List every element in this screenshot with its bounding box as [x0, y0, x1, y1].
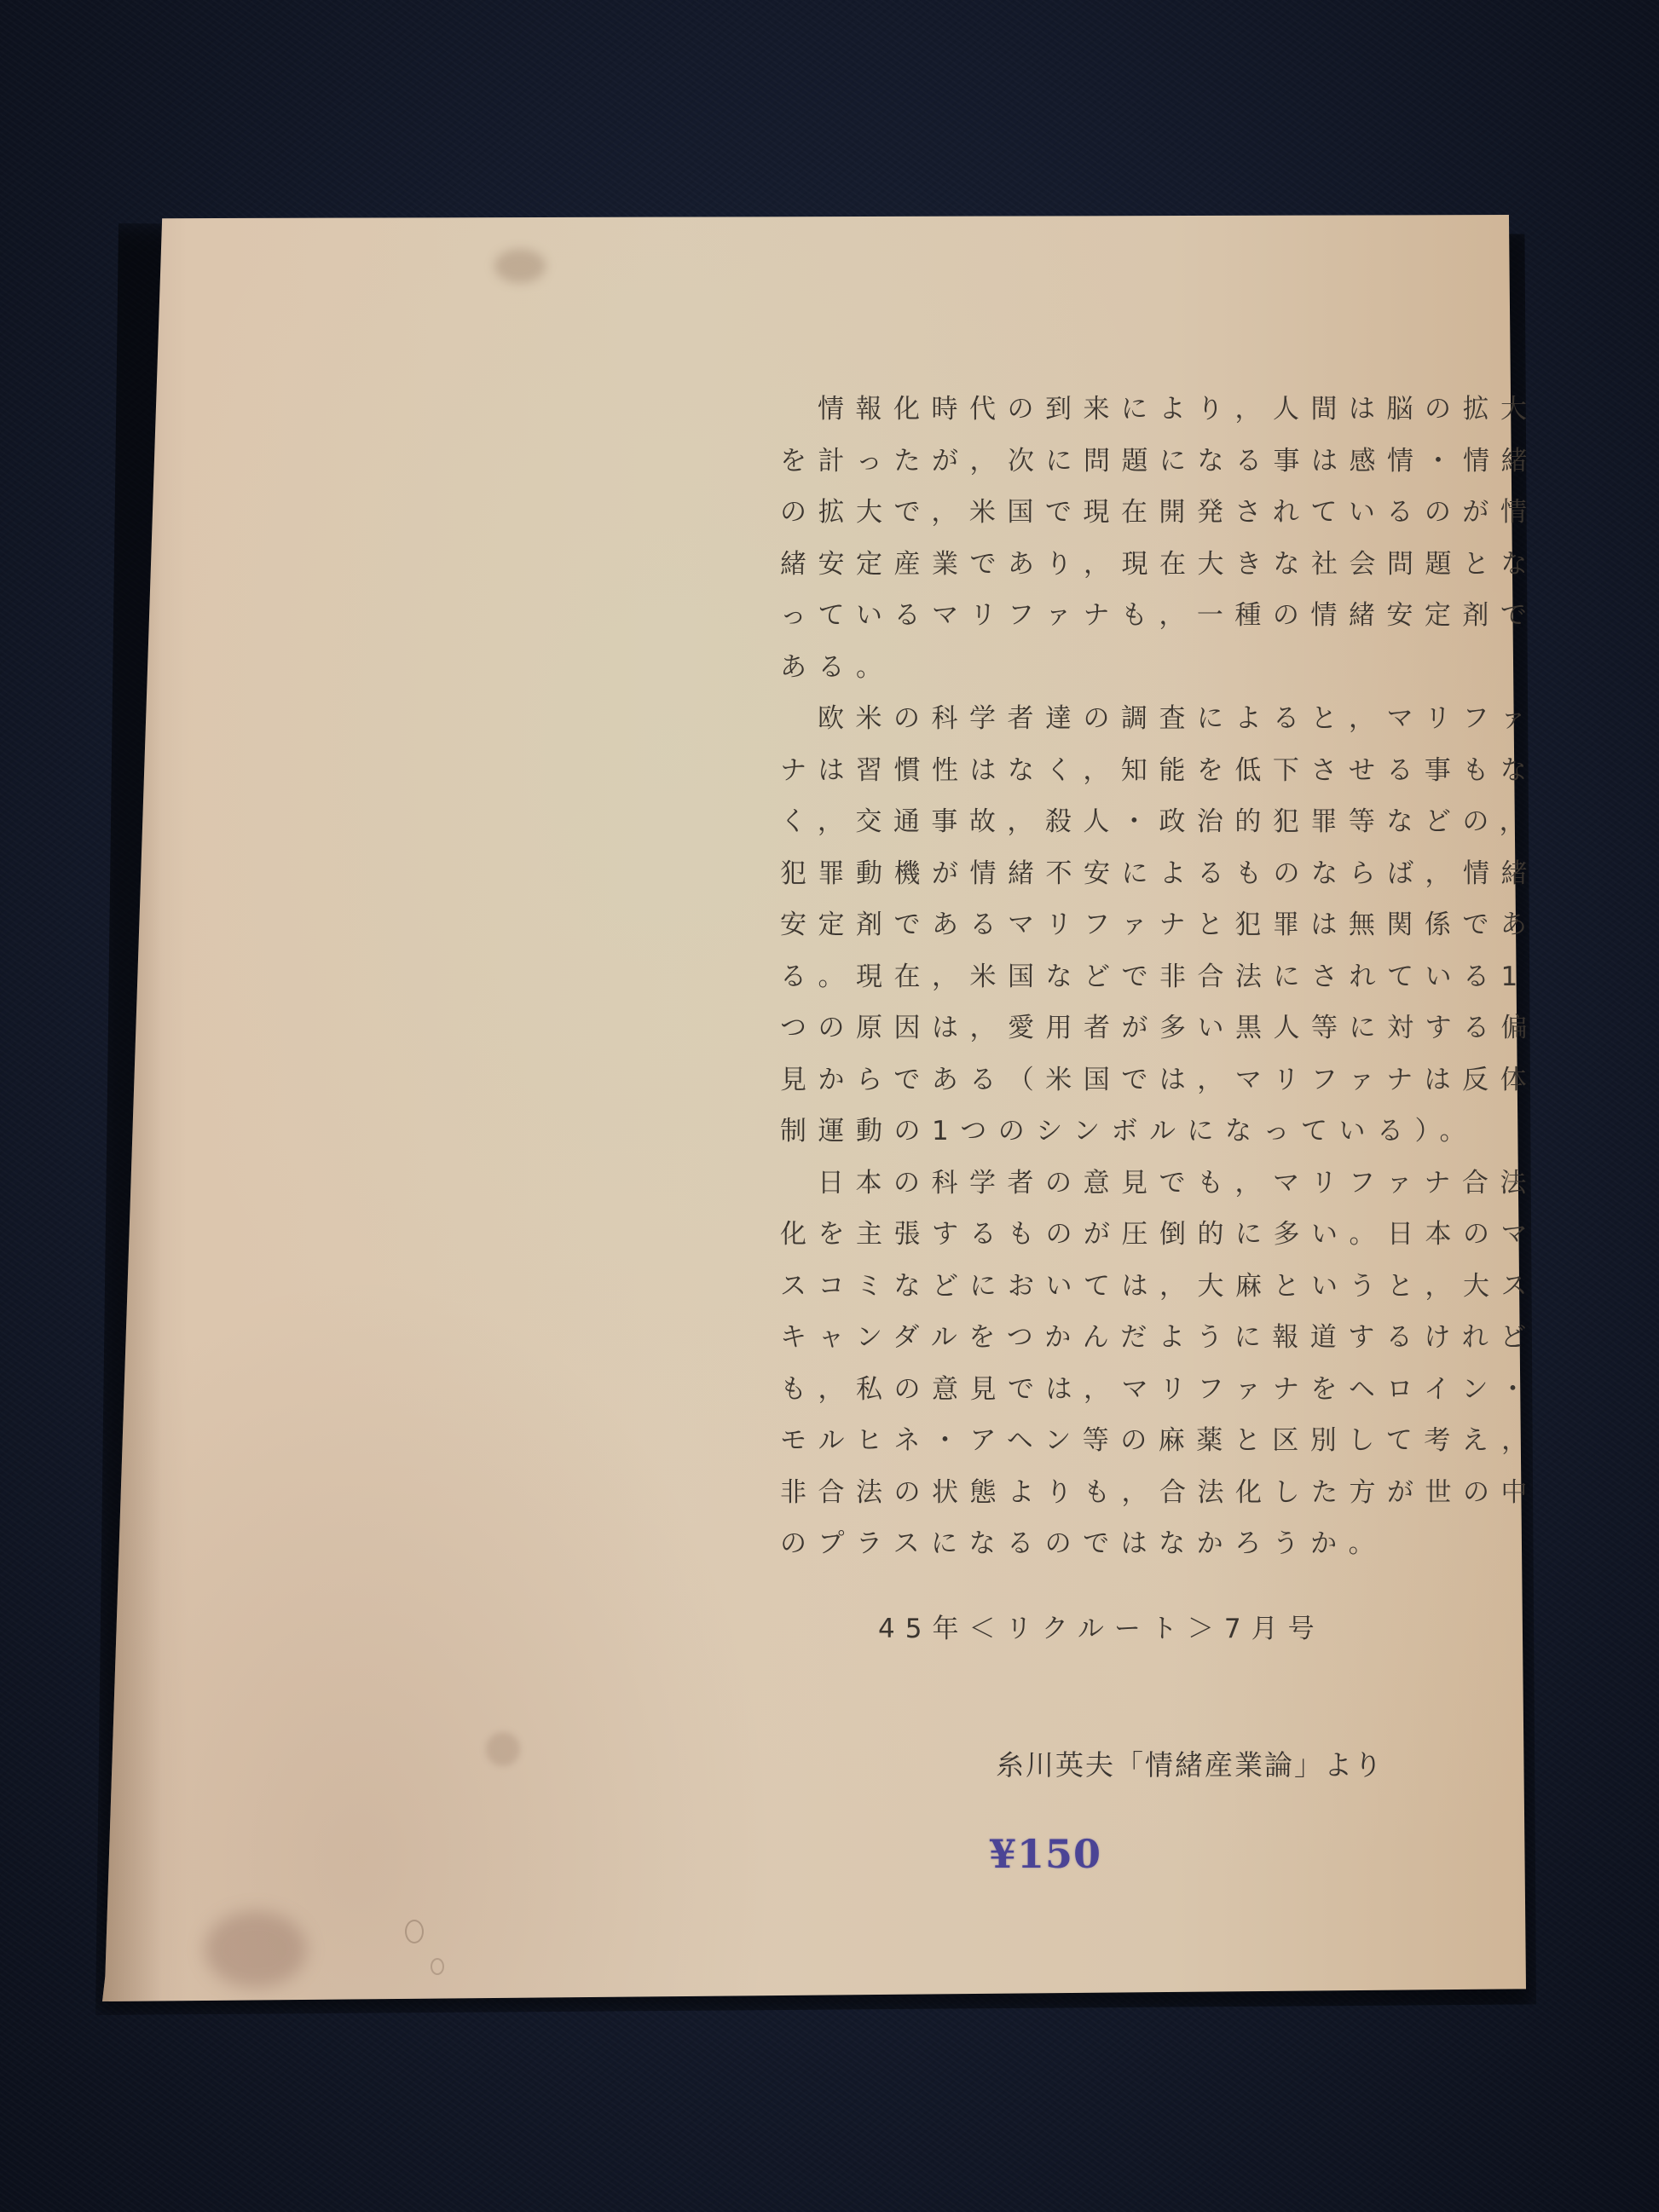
text-line: 見からである（米国では，マリファナは反体 [780, 1054, 1436, 1106]
text-line: モルヒネ・アヘン等の麻薬と区別して考え， [780, 1415, 1436, 1467]
price-stamp: ¥150 [989, 1831, 1101, 1877]
essay-body: 情報化時代の到来により，人間は脳の拡大 を計ったが，次に問題になる事は感情・情緒… [780, 384, 1436, 1570]
text-line: スコミなどにおいては，大麻というと，大ス [780, 1261, 1436, 1313]
text-line: っているマリファナも，一種の情緒安定剤で [780, 590, 1436, 642]
paragraph-3: 日本の科学者の意見でも，マリファナ合法 化を主張するものが圧倒的に多い。日本のマ… [780, 1158, 1436, 1570]
text-line: く，交通事故，殺人・政治的犯罪等などの， [780, 796, 1436, 848]
text-line: 欧米の科学者達の調査によると，マリファ [780, 693, 1436, 745]
ring-stain-1 [405, 1920, 424, 1943]
text-line: も，私の意見では，マリファナをヘロイン・ [780, 1364, 1436, 1416]
text-line: 情報化時代の到来により，人間は脳の拡大 [780, 384, 1436, 436]
text-line: 非合法の状態よりも，合法化した方が世の中 [780, 1467, 1436, 1519]
text-line: キャンダルをつかんだように報道するけれど [780, 1312, 1436, 1364]
paragraph-2: 欧米の科学者達の調査によると，マリファ ナは習慣性はなく，知能を低下させる事もな… [780, 693, 1436, 1158]
stain-bottom-left [205, 1911, 307, 1988]
text-line: 化を主張するものが圧倒的に多い。日本のマ [780, 1209, 1436, 1261]
ring-stain-2 [431, 1958, 444, 1975]
source-citation: 45年＜リクルート＞7月号 [878, 1607, 1325, 1645]
stain-top [494, 249, 546, 283]
text-line: を計ったが，次に問題になる事は感情・情緒 [780, 436, 1436, 488]
text-line: ある。 [780, 642, 1436, 694]
text-line: 犯罪動機が情緒不安によるものならば，情緒 [780, 848, 1436, 900]
text-line: つの原因は，愛用者が多い黒人等に対する偏 [780, 1002, 1436, 1054]
text-line: 制運動の1つのシンボルになっている）。 [780, 1106, 1436, 1158]
paragraph-1: 情報化時代の到来により，人間は脳の拡大 を計ったが，次に問題になる事は感情・情緒… [780, 384, 1436, 693]
text-line: 安定剤であるマリファナと犯罪は無関係であ [780, 899, 1436, 951]
author-attribution: 糸川英夫「情緒産業論」より [996, 1743, 1384, 1783]
text-line: る。現在，米国などで非合法にされている1 [780, 951, 1436, 1003]
text-line: 日本の科学者の意見でも，マリファナ合法 [780, 1158, 1436, 1210]
text-line: の拡大で，米国で現在開発されているのが情 [780, 487, 1436, 539]
stain-mid [486, 1732, 520, 1766]
text-line: ナは習慣性はなく，知能を低下させる事もな [780, 745, 1436, 797]
text-line: のプラスになるのではなかろうか。 [780, 1518, 1436, 1570]
text-line: 緒安定産業であり，現在大きな社会問題とな [780, 539, 1436, 591]
